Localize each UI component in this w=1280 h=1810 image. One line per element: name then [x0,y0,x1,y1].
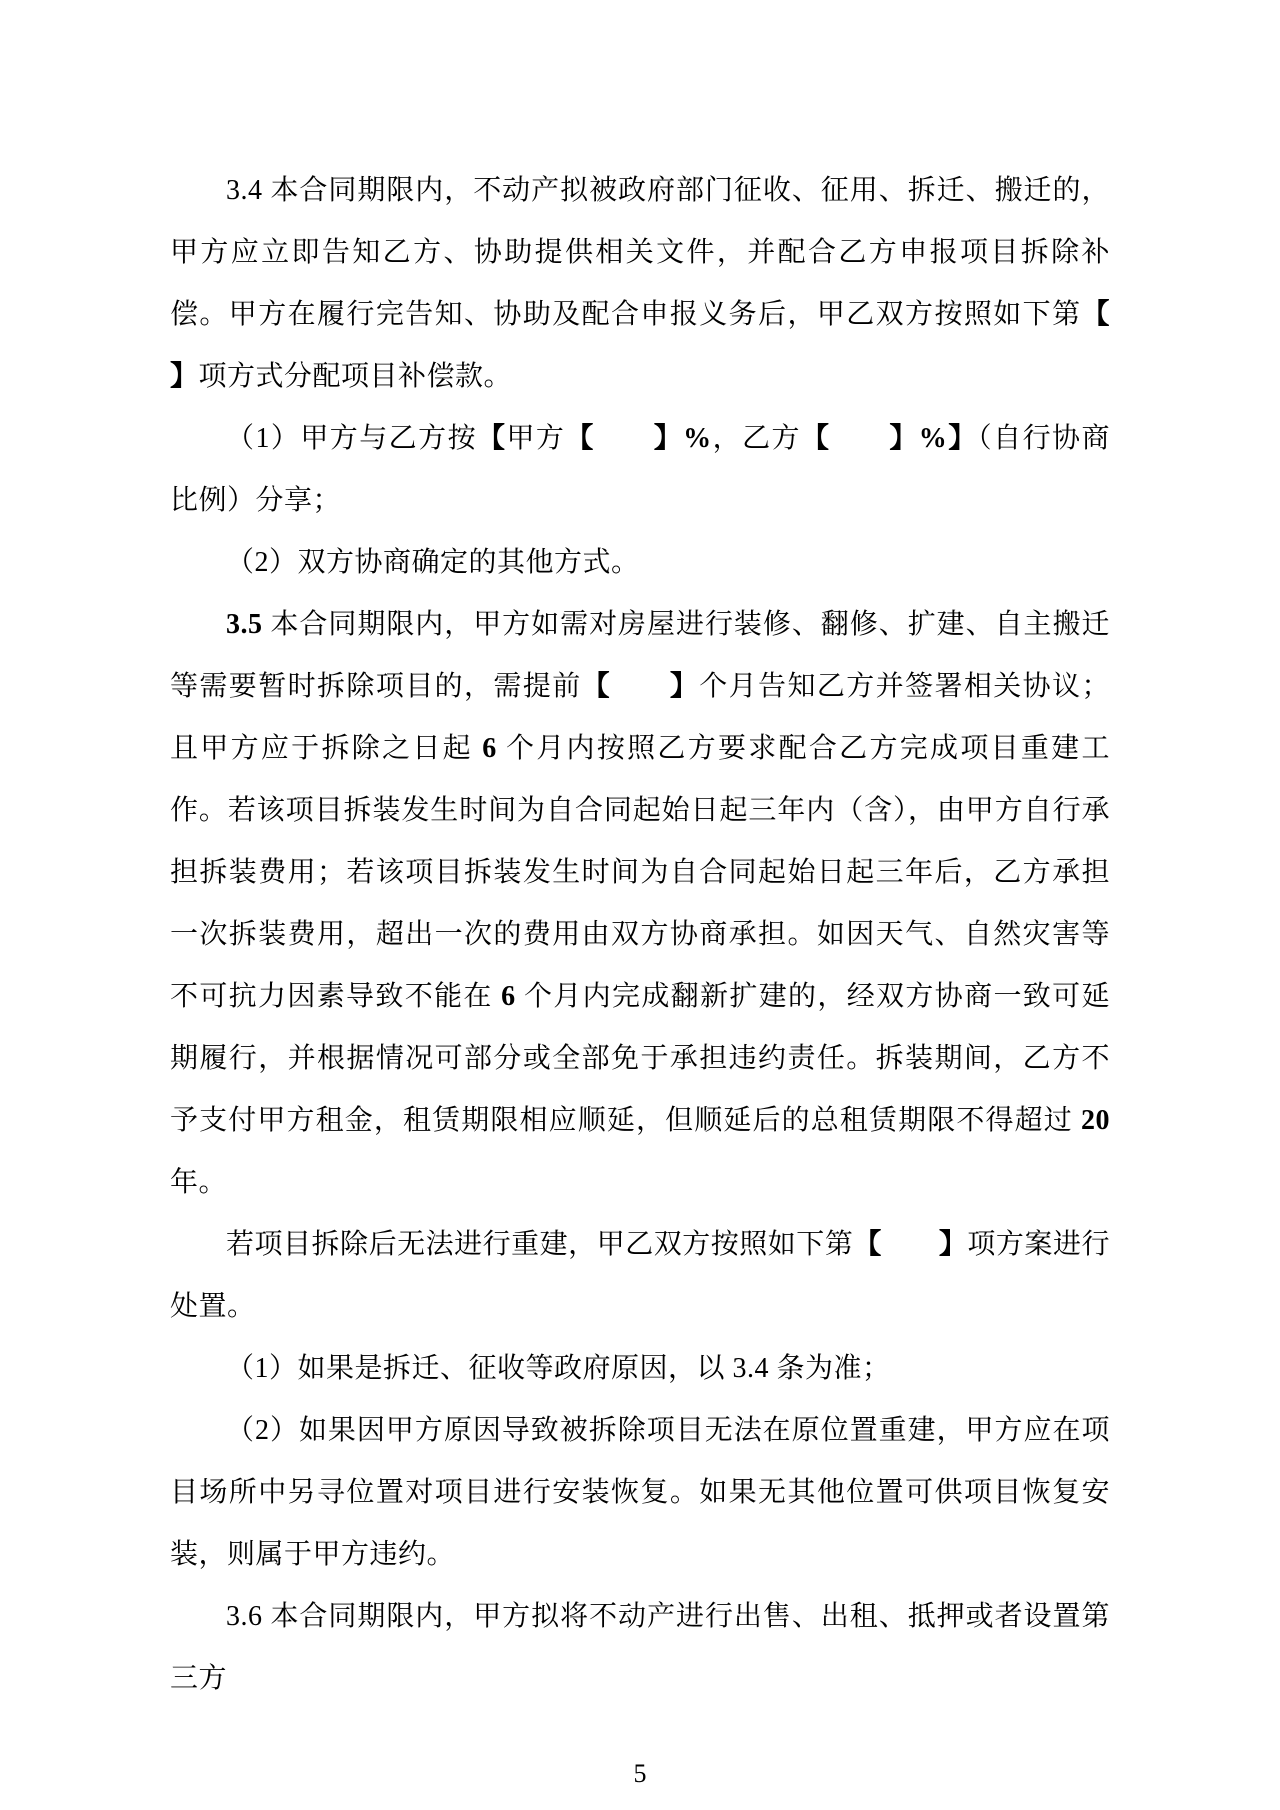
bold-text-run: 【 】%】 [801,423,978,454]
document-content: 3.4 本合同期限内，不动产拟被政府部门征收、征用、拆迁、搬迁的，甲方应立即告知… [170,160,1110,1710]
paragraph: 3.4 本合同期限内，不动产拟被政府部门征收、征用、拆迁、搬迁的，甲方应立即告知… [170,160,1110,408]
text-run: 若项目拆除后无法进行重建，甲乙双方按照如下第 [226,1229,853,1260]
paragraph: （1）如果是拆迁、征收等政府原因，以 3.4 条为准； [170,1338,1110,1400]
bold-text-run: 6 [482,733,497,764]
text-run: 甲方 [506,423,565,454]
paragraph: 3.6 本合同期限内，甲方拟将不动产进行出售、出租、抵押或者设置第三方 [170,1586,1110,1710]
paragraph: （2）双方协商确定的其他方式。 [170,532,1110,594]
text-run: ，乙方 [712,423,801,454]
text-run: （1）甲方与乙方按 [226,423,477,454]
text-run: 项方式分配项目补偿款。 [199,361,513,392]
text-run: （1）如果是拆迁、征收等政府原因，以 3.4 条为准； [226,1353,891,1384]
bold-text-run: 【 】 [853,1229,967,1260]
page-number: 5 [170,1754,1110,1794]
text-run: （2）如果因甲方原因导致被拆除项目无法在原位置重建，甲方应在项目场所中另寻位置对… [170,1415,1110,1570]
text-run: 个月内按照乙方要求配合乙方完成项目重建工作。若该项目拆装发生时间为自合同起始日起… [170,733,1110,1012]
bold-text-run: 6 [501,981,516,1012]
bold-text-run: 3.5 [226,609,263,640]
paragraph: 3.5 本合同期限内，甲方如需对房屋进行装修、翻修、扩建、自主搬迁等需要暂时拆除… [170,594,1110,1214]
text-run: 年。 [170,1167,227,1198]
document-page: 3.4 本合同期限内，不动产拟被政府部门征收、征用、拆迁、搬迁的，甲方应立即告知… [0,0,1280,1810]
text-run: 3.4 本合同期限内，不动产拟被政府部门征收、征用、拆迁、搬迁的，甲方应立即告知… [170,175,1110,330]
bold-text-run: 【 】% [565,423,711,454]
text-run: 3.6 本合同期限内，甲方拟将不动产进行出售、出租、抵押或者设置第三方 [170,1601,1110,1694]
bold-text-run: 20 [1081,1105,1110,1136]
paragraph: （1）甲方与乙方按【甲方【 】%，乙方【 】%】（自行协商比例）分享； [170,408,1110,532]
bold-text-run: 【 [477,423,506,454]
paragraph: （2）如果因甲方原因导致被拆除项目无法在原位置重建，甲方应在项目场所中另寻位置对… [170,1400,1110,1586]
bold-text-run: 【 】 [582,671,700,702]
paragraph: 若项目拆除后无法进行重建，甲乙双方按照如下第【 】项方案进行处置。 [170,1214,1110,1338]
text-run: （2）双方协商确定的其他方式。 [226,547,640,578]
